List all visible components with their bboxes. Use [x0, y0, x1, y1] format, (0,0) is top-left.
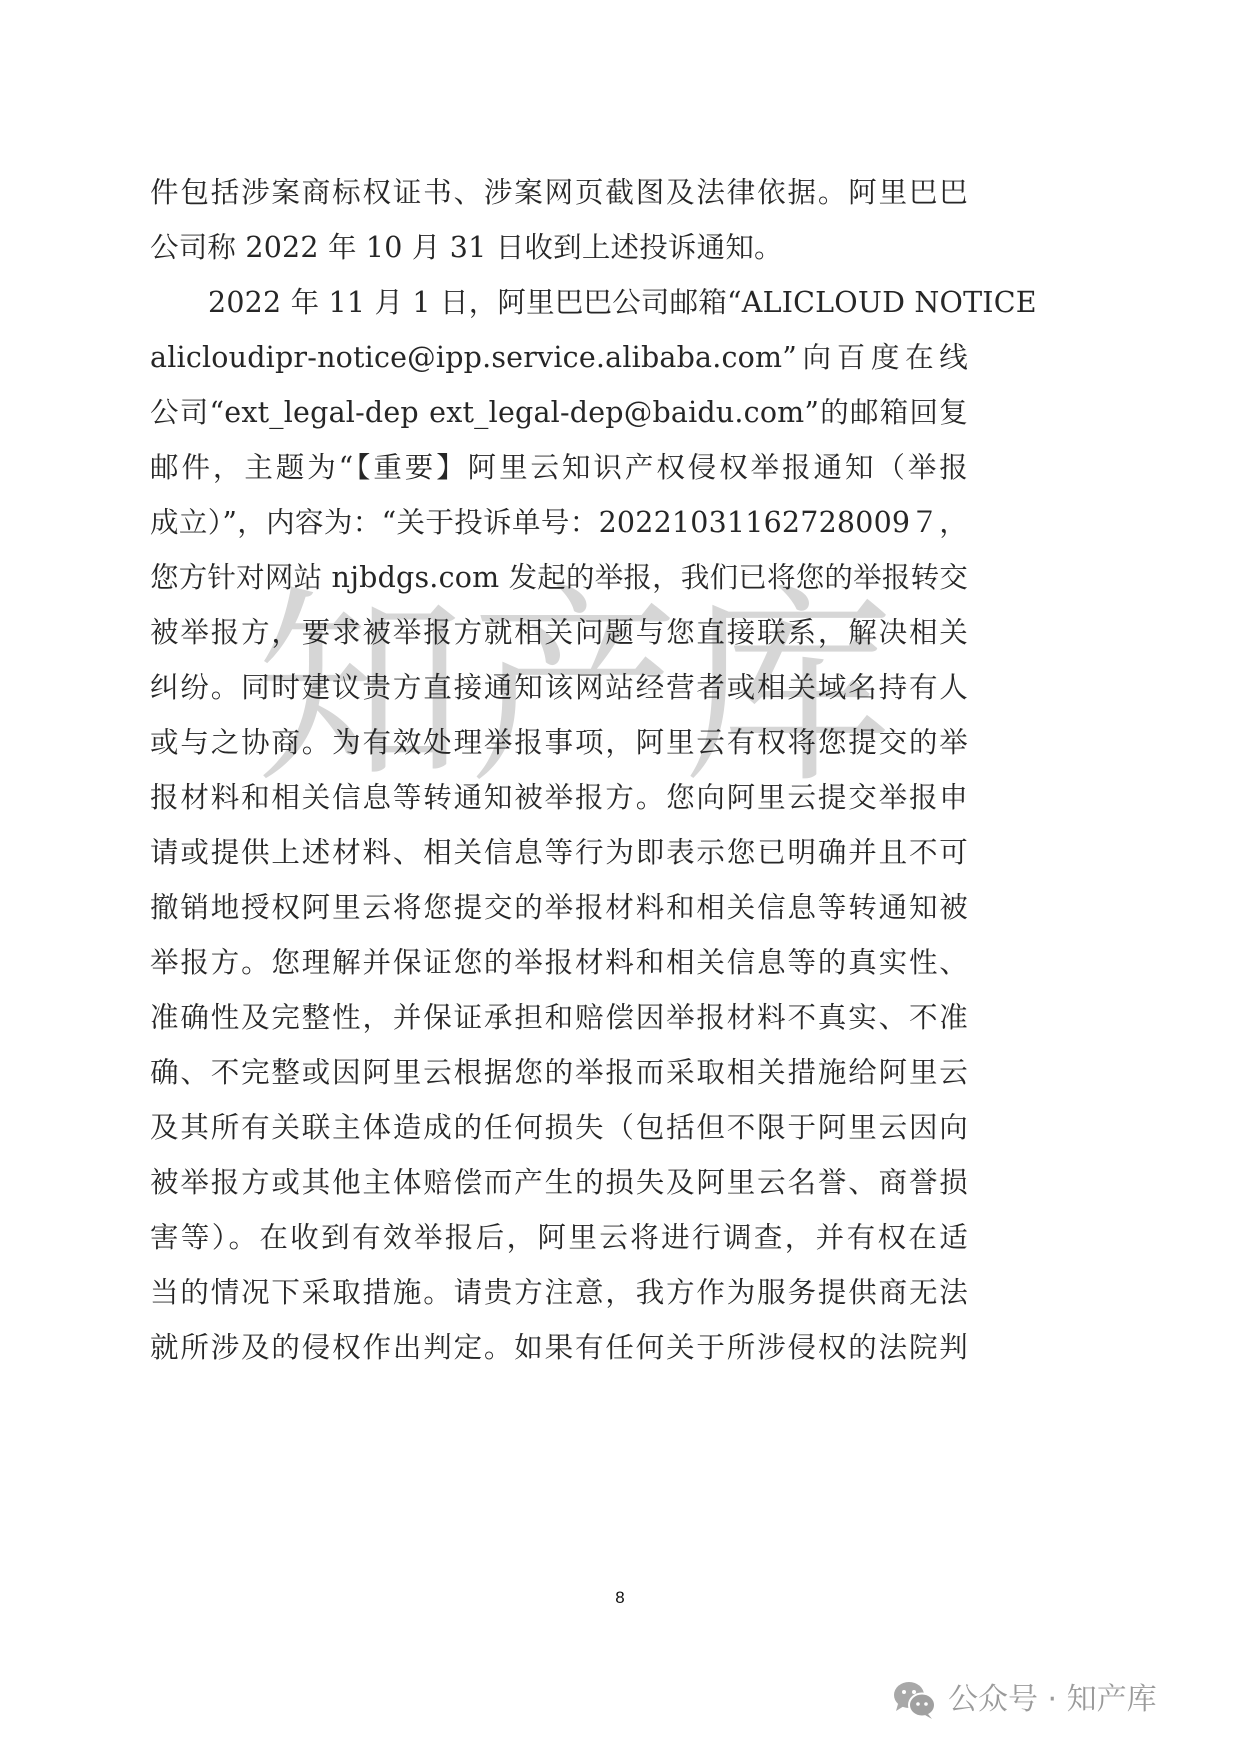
text-line: 被举报方，要求被举报方就相关问题与您直接联系，解决相关: [150, 605, 968, 660]
text-line: 害等）。在收到有效举报后，阿里云将进行调查，并有权在适: [150, 1210, 968, 1265]
text-line: 或与之协商。为有效处理举报事项，阿里云有权将您提交的举: [150, 715, 968, 770]
footer-label: 公众号 · 知产库: [948, 1685, 1157, 1715]
text-line: 及其所有关联主体造成的任何损失（包括但不限于阿里云因向: [150, 1100, 968, 1155]
text-line: 件包括涉案商标权证书、涉案网页截图及法律依据。阿里巴巴: [150, 165, 968, 220]
footer-brand: 公众号 · 知产库: [892, 1680, 1157, 1720]
text-line: 被举报方或其他主体赔偿而产生的损失及阿里云名誉、商誉损: [150, 1155, 968, 1210]
text-line: 2022 年 11 月 1 日，阿里巴巴公司邮箱“ALICLOUD NOTICE: [150, 275, 968, 330]
text-line: 公司“ext_legal-dep ext_legal-dep@baidu.com…: [150, 385, 968, 440]
text-line: 邮件，主题为“【重要】阿里云知识产权侵权举报通知（举报: [150, 440, 968, 495]
body-text: 件包括涉案商标权证书、涉案网页截图及法律依据。阿里巴巴 公司称 2022 年 1…: [150, 165, 968, 1375]
text-line: 您方针对网站 njbdgs.com 发起的举报，我们已将您的举报转交: [150, 550, 968, 605]
text-line: 报材料和相关信息等转通知被举报方。您向阿里云提交举报申: [150, 770, 968, 825]
text-line: 举报方。您理解并保证您的举报材料和相关信息等的真实性、: [150, 935, 968, 990]
text-line: 就所涉及的侵权作出判定。如果有任何关于所涉侵权的法院判: [150, 1320, 968, 1375]
text-line: 成立）”，内容为：“关于投诉单号：20221031162728009７，: [150, 495, 968, 550]
wechat-icon: [892, 1680, 938, 1720]
text-line: 公司称 2022 年 10 月 31 日收到上述投诉通知。: [150, 220, 968, 275]
text-line: 纠纷。同时建议贵方直接通知该网站经营者或相关域名持有人: [150, 660, 968, 715]
text-line: 准确性及完整性，并保证承担和赔偿因举报材料不真实、不准: [150, 990, 968, 1045]
text-line: 请或提供上述材料、相关信息等行为即表示您已明确并且不可: [150, 825, 968, 880]
text-line: 当的情况下采取措施。请贵方注意，我方作为服务提供商无法: [150, 1265, 968, 1320]
text-line: alicloudipr-notice@ipp.service.alibaba.c…: [150, 330, 968, 385]
text-line: 撤销地授权阿里云将您提交的举报材料和相关信息等转通知被: [150, 880, 968, 935]
document-page: 知产库 件包括涉案商标权证书、涉案网页截图及法律依据。阿里巴巴 公司称 2022…: [0, 0, 1240, 1753]
text-line: 确、不完整或因阿里云根据您的举报而采取相关措施给阿里云: [150, 1045, 968, 1100]
page-number: 8: [0, 1588, 1240, 1608]
